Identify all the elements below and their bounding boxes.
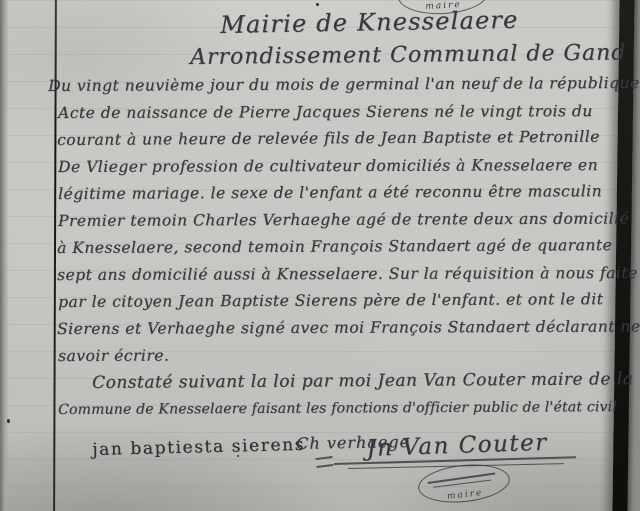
body-line: Sierens et Verhaeghe signé avec moi Fran…: [57, 317, 640, 338]
body-line: Acte de naissance de Pierre Jacques Sier…: [58, 102, 593, 122]
ink-speck: [316, 3, 319, 6]
ink-speck: [7, 419, 10, 423]
signature-flourish-equals: [315, 456, 333, 468]
header-mairie: Mairie de Knesselaere: [220, 6, 519, 39]
body-line: à Knesselaere, second temoin François St…: [57, 236, 612, 257]
closing-line: Commune de Knesselaere faisant les fonct…: [58, 399, 617, 418]
body-line: Premier temoin Charles Verhaeghe agé de …: [58, 210, 629, 230]
body-line: savoir écrire.: [58, 347, 169, 365]
body-line: par le citoyen Jean Baptiste Sierens pèr…: [58, 290, 603, 311]
ink-speck: [237, 455, 239, 457]
body-line: Du vingt neuvième jour du mois de germin…: [48, 74, 640, 95]
body-line: De Vlieger profession de cultivateur dom…: [58, 156, 598, 176]
header-arrondissement: Arrondissement Communal de Gand: [190, 40, 627, 70]
body-line: courant à une heure de relevée fils de J…: [57, 128, 600, 149]
body-line: légitime mariage. le sexe de l'enfant a …: [58, 182, 602, 203]
page-left-edge-shadow: [0, 0, 9, 511]
closing-line: Constaté suivant la loi par moi Jean Van…: [92, 369, 633, 393]
body-line: sept ans domicilié aussi à Knesselaere. …: [57, 264, 638, 284]
scanned-register-page: maire Mairie de Knesselaere Arrondisseme…: [0, 0, 640, 511]
